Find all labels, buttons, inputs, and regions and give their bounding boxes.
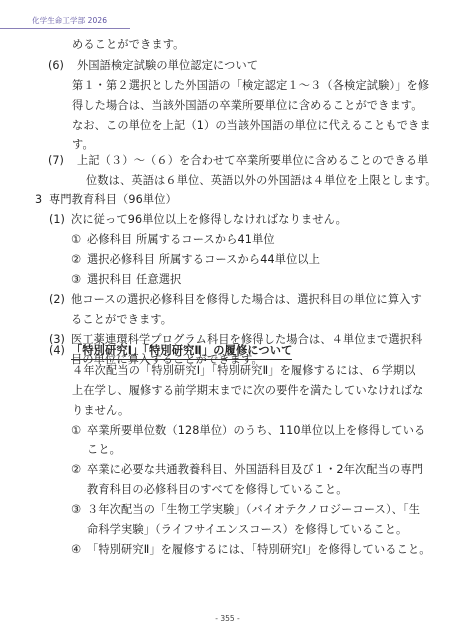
sub-4-item-mark: ① — [71, 424, 81, 438]
header-title: 化学生命工学部 2026 — [32, 15, 107, 26]
sub-4-item-line: 教育科目の必修科目のすべてを修得していること。 — [87, 483, 348, 497]
item-6-number: (6) — [48, 59, 64, 73]
sub-4-item-mark: ④ — [71, 543, 81, 557]
item-6-line: す。 — [72, 138, 94, 152]
sub-4-item-mark: ② — [71, 463, 81, 477]
sub-4-item-line: ３年次配当の「生物工学実験」（バイオテクノロジーコース）、「生 — [87, 503, 420, 517]
sub-4-line: 上在学し、履修する前学期末までに次の要件を満たしていなければな — [72, 384, 423, 398]
sub-4-item-line: 命科学実験」（ライフサイエンスコース）を修得していること。 — [87, 523, 407, 537]
item-6-line: なお、この単位を上記（1）の当該外国語の単位に代えることもできま — [72, 119, 431, 133]
sub-1-item-text: 選択必修科目 所属するコースから44単位以上 — [87, 253, 320, 267]
section-3-title: 専門教育科目（96単位） — [49, 193, 177, 207]
sub-4-number: (4) — [49, 344, 65, 358]
item-7-line: 位数は、英語は６単位、英語以外の外国語は４単位を上限とします。 — [86, 174, 437, 188]
continuation-text: めることができます。 — [72, 38, 184, 52]
sub-4-item-line: 卒業所要単位数（128単位）のうち、110単位以上を修得している — [87, 424, 425, 438]
sub-4-line: ４年次配当の「特別研究Ⅰ」「特別研究Ⅱ」を履修するには、６学期以 — [72, 364, 416, 378]
page-header: 化学生命工学部 2026 — [0, 14, 130, 29]
page-number: - 355 - — [0, 614, 455, 623]
item-7-line: 上記（３）～（６）を合わせて卒業所要単位に含めることのできる単 — [77, 154, 428, 168]
sub-1-item-text: 必修科目 所属するコースから41単位 — [87, 233, 275, 247]
sub-1-text: 次に従って96単位以上を修得しなければなりません。 — [71, 213, 347, 227]
sub-2-number: (2) — [49, 293, 65, 307]
item-6-line: 第１・第２選択とした外国語の「検定認定１～３（各検定試験）」を修 — [72, 79, 429, 93]
item-6-title: 外国語検定試験の単位認定について — [77, 59, 258, 73]
sub-1-item-text: 選択科目 任意選択 — [87, 273, 181, 287]
sub-4-item-line: こと。 — [87, 443, 121, 457]
sub-4-line: りません。 — [72, 404, 129, 418]
sub-1-item-mark: ① — [71, 233, 81, 247]
sub-4-item-line: 卒業に必要な共通教養科目、外国語科目及び１・2年次配当の専門 — [87, 463, 423, 477]
sub-2-line: ることができます。 — [71, 313, 172, 327]
sub-4-item-line: 「特別研究Ⅱ」を履修するには、「特別研究Ⅰ」を修得していること。 — [87, 543, 431, 557]
item-7-number: (7) — [48, 154, 64, 168]
sub-1-number: (1) — [49, 213, 65, 227]
item-6-line: 得した場合は、当該外国語の卒業所要単位に含めることができます。 — [72, 99, 423, 113]
sub-4-item-mark: ③ — [71, 503, 81, 517]
section-3-number: 3 — [35, 193, 42, 207]
sub-1-item-mark: ② — [71, 253, 81, 267]
sub-4-title: 「特別研究Ⅰ」「特別研究Ⅱ」の履修について — [71, 344, 292, 360]
sub-1-item-mark: ③ — [71, 273, 81, 287]
sub-2-line: 他コースの選択必修科目を修得した場合は、選択科目の単位に算入す — [71, 293, 422, 307]
